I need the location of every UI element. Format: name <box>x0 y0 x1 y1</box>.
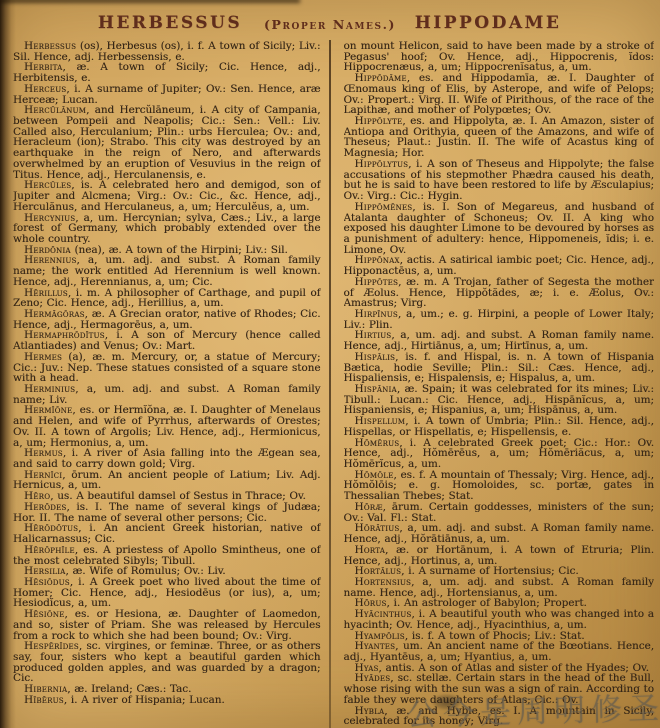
dictionary-entry: Hermus, i. A river of Asia falling into … <box>13 448 321 469</box>
dictionary-entry: Hispānia, æ. Spain; it was celebrated fo… <box>344 384 655 416</box>
entry-text: , æ. and Hyble, es. I. A mountain in Sic… <box>344 705 655 728</box>
dictionary-entry: Hippōnax, actis. A satirical iambic poet… <box>344 255 655 276</box>
dictionary-entry: Hippŏlytus, i. A son of Theseus and Hipp… <box>344 159 655 202</box>
dictionary-entry: Hermāgŏras, æ. A Grecian orator, native … <box>13 309 321 330</box>
entry-headword: Hĭbērus <box>24 694 64 706</box>
entry-text: on mount Helicon, said to have been made… <box>344 41 655 73</box>
dictionary-entry: Herceus, i. A surname of Jupiter; Ov.: S… <box>13 84 321 105</box>
dictionary-entry: Hŏmŏle, es. f. A mountain of Thessaly; V… <box>344 470 655 502</box>
page-text-area: Herbessus (os), Herbesus (os), i. f. A t… <box>13 41 654 728</box>
dictionary-column-right: on mount Helicon, said to have been made… <box>344 41 655 728</box>
dictionary-entry: Hyăcinthus, i. A beautiful youth who was… <box>344 609 655 630</box>
entry-text: , æ. or Hortānum, i. A town of Etruria; … <box>344 544 655 567</box>
dictionary-entry: Hercŭles, is. A celebrated hero and demi… <box>13 180 321 212</box>
dictionary-entry: Hyantes, um. An ancient name of the Bœot… <box>344 641 655 662</box>
dictionary-entry: Herennius, a, um. adj. and subst. A Roma… <box>13 255 321 287</box>
dictionary-entry: Hispālis, is. f. and Hispal, is. n. A to… <box>344 352 655 384</box>
dictionary-entry: Hortensius, a, um. adj. and subst. A Rom… <box>344 577 655 598</box>
dictionary-entry: Hippŏtes, æ. m. A Trojan, father of Sege… <box>344 277 655 309</box>
entry-text: , ārum. Certain goddesses, ministers of … <box>344 501 655 524</box>
running-head-center-label: (Proper Names.) <box>264 17 396 32</box>
dictionary-entry: Hermĭŏne, es. or Hermĭŏna, æ. I. Daughte… <box>13 405 321 448</box>
dictionary-entry: Hippŏlyte, es. and Hippolyta, æ. I. An A… <box>344 116 655 159</box>
dictionary-entry: Hercŭlānum, and Hercŭlāneum, i. A city o… <box>13 105 321 180</box>
dictionary-entry: Hŏrātius, a, um. adj. and subst. A Roman… <box>344 523 655 544</box>
running-head: HERBESSUS (Proper Names.) HIPPODAME <box>0 13 660 37</box>
dictionary-entry: Hippŏmĕnes, is. I. Son of Megareus, and … <box>344 202 655 256</box>
dictionary-entry: Hermaphrŏdītus, i. A son of Mercury (hen… <box>13 330 321 351</box>
book-page: HERBESSUS (Proper Names.) HIPPODAME Herb… <box>0 0 660 728</box>
dictionary-entry: Hōræ, ārum. Certain goddesses, ministers… <box>344 502 655 523</box>
dictionary-entry: Hērŏdŏtus, i. An ancient Greek historian… <box>13 523 321 544</box>
dictionary-entry: Herōdes, is. I. The name of several king… <box>13 502 321 523</box>
dictionary-entry: Hercynius, a, um. Hercynian; sylva, Cæs.… <box>13 213 321 245</box>
running-head-right-word: HIPPODAME <box>415 13 562 33</box>
dictionary-entry: Hermes (a), æ. m. Mercury, or, a statue … <box>13 352 321 384</box>
dictionary-entry: Hernĭci, ōrum. An ancient people of Lati… <box>13 470 321 491</box>
dictionary-entry: Hērŏphīle, es. A priestess of Apollo Smi… <box>13 545 321 566</box>
dictionary-entry: Hirpīnus, a, um.; e. g. Hirpini, a peopl… <box>344 309 655 330</box>
dictionary-entry: Hĭbērus, i. A river of Hispania; Lucan. <box>13 695 321 706</box>
dictionary-entry: Hirtius, a, um. adj. and subst. A Roman … <box>344 330 655 351</box>
dictionary-entry: Hŏmērus, i. A celebrated Greek poet; Cic… <box>344 438 655 470</box>
dictionary-entry: Herminius, a, um. adj. and subst. A Roma… <box>13 384 321 405</box>
running-head-left-word: HERBESSUS <box>98 13 242 33</box>
dictionary-entry: Hēsiŏdus, i. A Greek poet who lived abou… <box>13 577 321 609</box>
dictionary-entry: Hybla, æ. and Hyble, es. I. A mountain i… <box>344 706 655 727</box>
dictionary-entry: on mount Helicon, said to have been made… <box>344 41 655 73</box>
dictionary-entry: Horta, æ. or Hortānum, i. A town of Etru… <box>344 545 655 566</box>
dictionary-entry: Hippŏdăme, es. and Hippodamīa, æ. I. Dau… <box>344 73 655 116</box>
entry-text: , a, um. adj. and subst. A Roman family … <box>344 329 655 352</box>
dictionary-entry: Hespĕrĭdes, sc. virgines, or feminæ. Thr… <box>13 641 321 684</box>
entry-text: , i. A river of Hispania; Lucan. <box>64 694 225 706</box>
dictionary-entry: Hyādes, sc. stellæ. Certain stars in the… <box>344 673 655 705</box>
dictionary-entry: Herbessus (os), Herbesus (os), i. f. A t… <box>13 41 321 62</box>
dictionary-entry: Hērillus, i. m. A philosopher of Carthag… <box>13 288 321 309</box>
entry-text: , and Hercŭlāneum, i. A city of Campania… <box>13 104 321 180</box>
dictionary-entry: Herbita, æ. A town of Sicily; Cic. Hence… <box>13 62 321 83</box>
dictionary-column-left: Herbessus (os), Herbesus (os), i. f. A t… <box>13 41 321 728</box>
dictionary-entry: Hispellum, i. A town of Umbria; Plin.: S… <box>344 416 655 437</box>
entry-text: , sc. stellæ. Certain stars in the head … <box>344 672 655 705</box>
dictionary-entry: Hēsiŏne, es. or Hesiona, æ. Daughter of … <box>13 609 321 641</box>
